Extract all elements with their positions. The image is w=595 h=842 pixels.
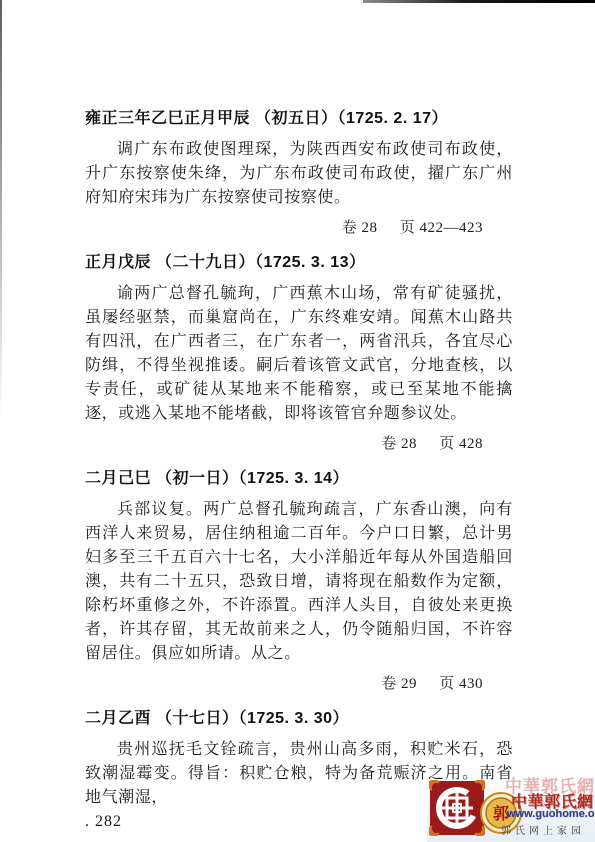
entry-section: 正月戊辰 （二十九日）（1725. 3. 13） 谕两广总督孔毓珣，广西蕉木山场… — [85, 252, 513, 454]
reference-volume: 卷 29 — [381, 676, 417, 692]
entry-section: 雍正三年乙巳正月甲辰 （初五日）（1725. 2. 17） 调广东布政使图理琛，… — [85, 108, 513, 238]
source-reference: 卷 28 页 428 — [85, 434, 483, 454]
entry-body: 谕两广总督孔毓珣，广西蕉木山场，常有矿徒骚扰，虽屡经驱禁，而巢窟尚在，广东终难安… — [85, 282, 513, 426]
reference-volume: 卷 28 — [381, 436, 417, 452]
watermark-tagline: 郭氏网上家园 — [501, 822, 585, 837]
site-watermark: 郭 中華郭氏網 中華郭氏網 www.guohome.org 郭氏网上家园 — [427, 776, 595, 842]
entry-heading: 雍正三年乙巳正月甲辰 （初五日）（1725. 2. 17） — [85, 108, 513, 130]
reference-page: 页 430 — [439, 676, 483, 692]
entry-heading: 二月己巳 （初一日）（1725. 3. 14） — [85, 468, 513, 490]
entry-heading: 正月戊辰 （二十九日）（1725. 3. 13） — [85, 252, 513, 274]
guoshi-seal-icon — [429, 780, 485, 836]
watermark-url: www.guohome.org — [507, 808, 595, 820]
entry-body: 调广东布政使图理琛，为陕西西安布政使司布政使，升广东按察使朱绛，为广东布政使司布… — [85, 138, 513, 210]
source-reference: 卷 29 页 430 — [85, 674, 483, 694]
entry-heading: 二月乙酉 （十七日）（1725. 3. 30） — [85, 708, 513, 730]
scanned-page: 雍正三年乙巳正月甲辰 （初五日）（1725. 2. 17） 调广东布政使图理琛，… — [0, 0, 595, 842]
watermark-text-block: 中華郭氏網 中華郭氏網 www.guohome.org 郭氏网上家园 — [499, 776, 595, 842]
entry-body: 兵部议复。两广总督孔毓珣疏言，广东香山澳，向有西洋人来贸易，居住纳租逾二百年。今… — [85, 498, 513, 666]
page-content: 雍正三年乙巳正月甲辰 （初五日）（1725. 2. 17） 调广东布政使图理琛，… — [0, 0, 595, 832]
reference-volume: 卷 28 — [342, 220, 378, 236]
reference-page: 页 422—423 — [400, 220, 483, 236]
entry-section: 二月己巳 （初一日）（1725. 3. 14） 兵部议复。两广总督孔毓珣疏言，广… — [85, 468, 513, 694]
source-reference: 卷 28 页 422—423 — [85, 218, 483, 238]
reference-page: 页 428 — [439, 436, 483, 452]
